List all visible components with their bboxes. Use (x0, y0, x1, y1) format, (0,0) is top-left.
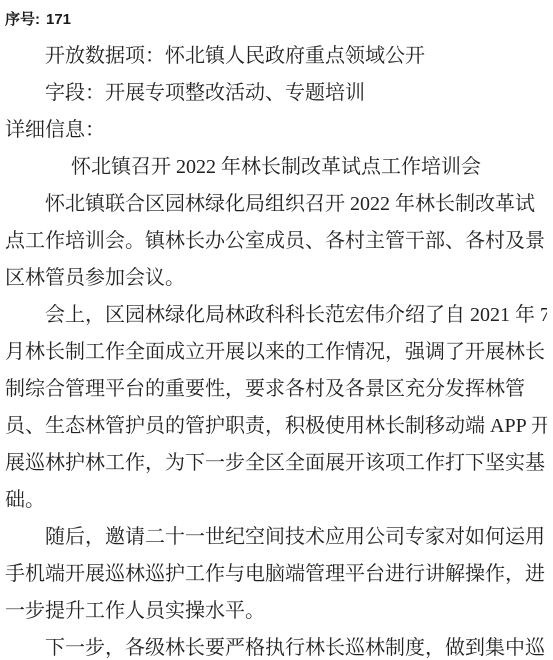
serial-value: 171 (46, 11, 71, 28)
field-line: 字段：开展专项整改活动、专题培训 (5, 75, 547, 112)
paragraph-line: 怀北镇联合区园林绿化局组织召开 2022 年林长制改革试 (5, 186, 547, 223)
paragraph-line: 一步提升工作人员实操水平。 (5, 593, 547, 630)
paragraph-line: 会上，区园林绿化局林政科科长范宏伟介绍了自 2021 年 7 (5, 297, 547, 334)
article-title: 怀北镇召开 2022 年林长制改革试点工作培训会 (5, 149, 547, 186)
paragraph-line: 月林长制工作全面成立开展以来的工作情况，强调了开展林长 (5, 334, 547, 371)
paragraph-line: 础。 (5, 482, 547, 519)
paragraph-line: 下一步，各级林长要严格执行林长巡林制度，做到集中巡 (5, 630, 547, 660)
paragraph-line: 区林管员参加会议。 (5, 260, 547, 297)
detail-info-label: 详细信息： (5, 112, 547, 149)
paragraph-line: 制综合管理平台的重要性，要求各村及各景区充分发挥林管 (5, 371, 547, 408)
paragraph-line: 随后，邀请二十一世纪空间技术应用公司专家对如何运用 (5, 519, 547, 556)
paragraph-line: 员、生态林管护员的管护职责，积极使用林长制移动端 APP 开 (5, 408, 547, 445)
open-data-item-field: 开放数据项：怀北镇人民政府重点领域公开 (5, 38, 547, 75)
serial-label: 序号: (5, 11, 40, 28)
paragraph-line: 展巡林护林工作，为下一步全区全面展开该项工作打下坚实基 (5, 445, 547, 482)
serial-number: 序号:171 (5, 1, 547, 38)
document-page: 序号:171 开放数据项：怀北镇人民政府重点领域公开 字段：开展专项整改活动、专… (0, 0, 553, 660)
paragraph-line: 手机端开展巡林巡护工作与电脑端管理平台进行讲解操作，进 (5, 556, 547, 593)
paragraph-line: 点工作培训会。镇林长办公室成员、各村主管干部、各村及景 (5, 223, 547, 260)
